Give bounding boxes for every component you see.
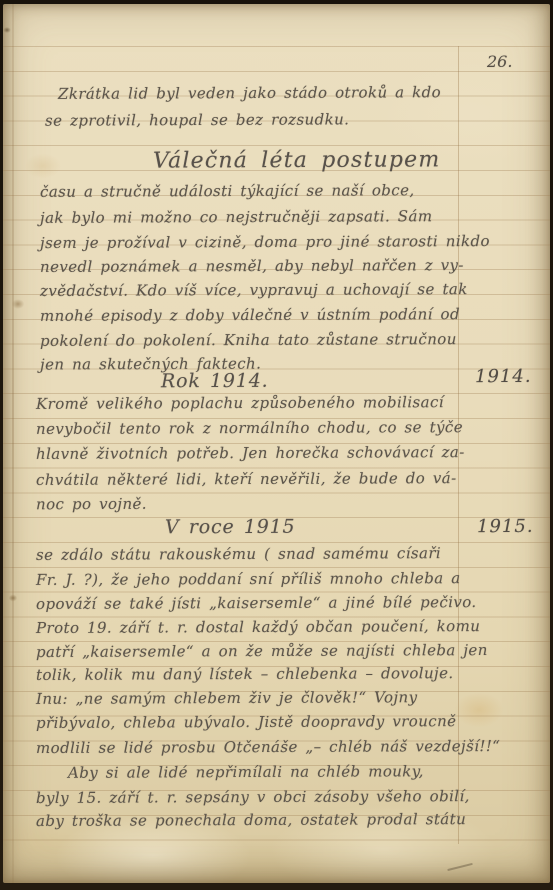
- handwritten-line: mnohé episody z doby válečné v ústním po…: [40, 305, 460, 325]
- handwritten-line: nevedl poznámek a nesměl, aby nebyl nařč…: [40, 256, 464, 276]
- handwritten-line: Fr. J. ?), že jeho poddaní sní příliš mn…: [36, 569, 461, 589]
- handwritten-line: nevybočil tento rok z normálního chodu, …: [36, 418, 463, 438]
- handwritten-line: zvědačství. Kdo víš více, vypravuj a uch…: [40, 280, 468, 300]
- handwritten-line: Inu: „ne samým chlebem živ je člověk!“ V…: [36, 688, 418, 708]
- handwritten-line: modlili se lidé prosbu Otčenáše „– chléb…: [36, 737, 500, 757]
- handwritten-line: Kromě velikého poplachu způsobeného mobi…: [36, 393, 444, 413]
- handwritten-heading: V roce 1915: [165, 516, 295, 539]
- handwritten-line: Proto 19. září t. r. dostal každý občan …: [36, 617, 480, 637]
- left-edge-crease: [12, 4, 14, 883]
- handwritten-heading: Válečná léta postupem: [153, 147, 441, 173]
- handwritten-line: se zprotivil, houpal se bez rozsudku.: [45, 110, 349, 129]
- handwritten-line: jak bylo mi možno co nejstručněji zapsat…: [40, 207, 432, 227]
- page-number: 26.: [487, 52, 512, 71]
- handwritten-line: se zdálo státu rakouskému ( snad samému …: [36, 544, 441, 564]
- scanned-page: 26. Zkrátka lid byl veden jako stádo otr…: [0, 0, 553, 890]
- handwritten-line: Aby si ale lidé nepřimílali na chléb mou…: [68, 762, 424, 782]
- handwritten-line: jsem je prožíval v cizině, doma pro jiné…: [40, 232, 490, 252]
- margin-year-note: 1914.: [475, 366, 532, 387]
- handwritten-line: hlavně životních potřeb. Jen horečka sch…: [36, 443, 465, 463]
- handwritten-line: chvátila některé lidi, kteří nevěřili, ž…: [36, 469, 457, 489]
- paper: 26. Zkrátka lid byl veden jako stádo otr…: [3, 4, 550, 883]
- handwritten-heading: Rok 1914.: [161, 370, 268, 392]
- handwritten-line: Zkrátka lid byl veden jako stádo otroků …: [58, 83, 441, 103]
- handwritten-line: patří „kaisersemle“ a on že může se nají…: [36, 641, 488, 661]
- handwritten-line: noc po vojně.: [36, 495, 147, 513]
- handwritten-line: tolik, kolik mu daný lístek – chlebenka …: [36, 664, 454, 684]
- handwritten-line: aby troška se ponechala doma, ostatek pr…: [36, 810, 466, 830]
- handwritten-line: pokolení do pokolení. Kniha tato zůstane…: [40, 330, 457, 350]
- margin-year-note: 1915.: [477, 516, 534, 537]
- handwritten-line: času a stručně události týkající se naší…: [40, 181, 415, 201]
- handwritten-line: přibývalo, chleba ubývalo. Jistě dooprav…: [36, 712, 456, 732]
- pencil-mark: [447, 863, 473, 871]
- handwritten-line: opováží se také jísti „kaisersemle“ a ji…: [36, 593, 477, 613]
- handwritten-line: byly 15. září t. r. sepsány v obci zásob…: [36, 787, 470, 807]
